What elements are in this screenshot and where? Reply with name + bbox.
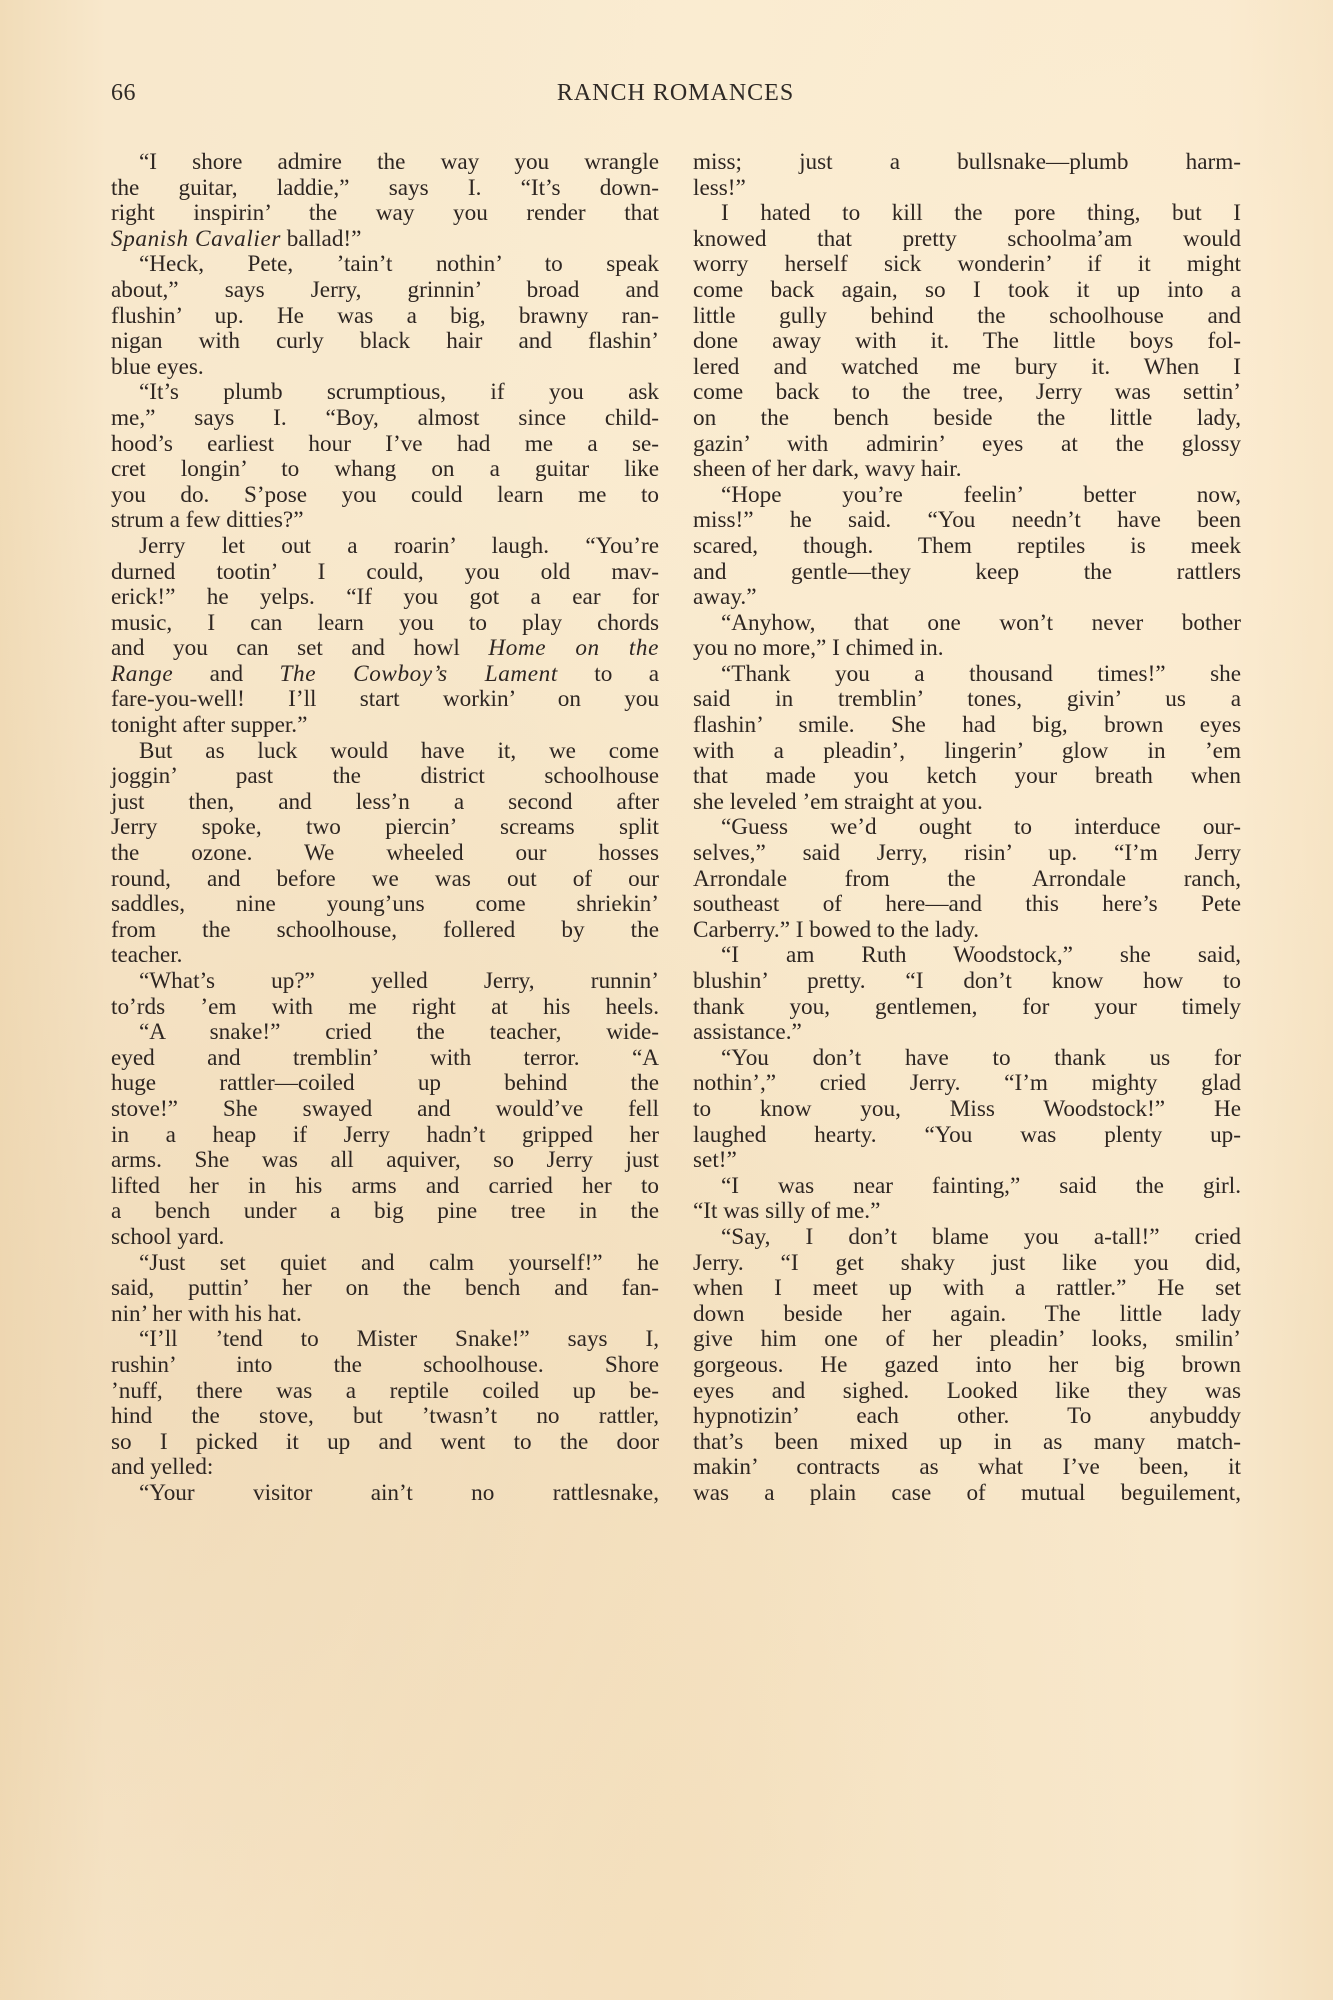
text-line: I hated to kill the pore thing, but I <box>693 201 1241 227</box>
text-line: thank you, gentlemen, for your timely <box>693 995 1241 1021</box>
text-line: But as luck would have it, we come <box>111 739 659 765</box>
text-line: “Say, I don’t blame you a-tall!” cried <box>693 1225 1241 1251</box>
text-line: on the bench beside the little lady, <box>693 406 1241 432</box>
text-line: miss; just a bullsnake—plumb harm- <box>693 150 1241 176</box>
text-line: blushin’ pretty. “I don’t know how to <box>693 969 1241 995</box>
text-line: to know you, Miss Woodstock!” He <box>693 1097 1241 1123</box>
text-line: “What’s up?” yelled Jerry, runnin’ <box>111 969 659 995</box>
text-line: “Anyhow, that one won’t never bother <box>693 611 1241 637</box>
text-line: was a plain case of mutual beguilement, <box>693 1481 1241 1507</box>
text-line: eyes and sighed. Looked like they was <box>693 1379 1241 1405</box>
text-line: “Just set quiet and calm yourself!” he <box>111 1251 659 1277</box>
text-line: when I meet up with a rattler.” He set <box>693 1276 1241 1302</box>
text-line: teacher. <box>111 943 659 969</box>
text-line: strum a few ditties?” <box>111 508 659 534</box>
text-line: music, I can learn you to play chords <box>111 611 659 637</box>
text-line: just then, and less’n a second after <box>111 790 659 816</box>
text-line: “I was near fainting,” said the girl. <box>693 1174 1241 1200</box>
text-column-right: miss; just a bullsnake—plumb harm-less!”… <box>693 150 1241 1506</box>
text-line: gorgeous. He gazed into her big brown <box>693 1353 1241 1379</box>
text-line: the guitar, laddie,” says I. “It’s down- <box>111 176 659 202</box>
text-line: southeast of here—and this here’s Pete <box>693 892 1241 918</box>
text-line: round, and before we was out of our <box>111 867 659 893</box>
text-line: down beside her again. The little lady <box>693 1302 1241 1328</box>
text-line: to’rds ’em with me right at his heels. <box>111 995 659 1021</box>
text-line: nigan with curly black hair and flashin’ <box>111 329 659 355</box>
text-line: nothin’,” cried Jerry. “I’m mighty glad <box>693 1071 1241 1097</box>
text-line: that’s been mixed up in as many match- <box>693 1430 1241 1456</box>
text-line: Jerry spoke, two piercin’ screams split <box>111 815 659 841</box>
page-header: 66 RANCH ROMANCES <box>111 80 1240 112</box>
text-line: “Guess we’d ought to interduce our- <box>693 815 1241 841</box>
text-line: laughed hearty. “You was plenty up- <box>693 1123 1241 1149</box>
text-line: so I picked it up and went to the door <box>111 1430 659 1456</box>
text-line: “It’s plumb scrumptious, if you ask <box>111 380 659 406</box>
text-line: joggin’ past the district schoolhouse <box>111 764 659 790</box>
text-line: away.” <box>693 585 1241 611</box>
text-line: done away with it. The little boys fol- <box>693 329 1241 355</box>
text-line: come back again, so I took it up into a <box>693 278 1241 304</box>
text-line: you do. S’pose you could learn me to <box>111 483 659 509</box>
text-line: me,” says I. “Boy, almost since child- <box>111 406 659 432</box>
text-line: hypnotizin’ each other. To anybuddy <box>693 1404 1241 1430</box>
text-line: tonight after supper.” <box>111 713 659 739</box>
text-line: “Hope you’re feelin’ better now, <box>693 483 1241 509</box>
text-line: flushin’ up. He was a big, brawny ran- <box>111 304 659 330</box>
text-line: rushin’ into the schoolhouse. Shore <box>111 1353 659 1379</box>
text-line: that made you ketch your breath when <box>693 764 1241 790</box>
text-line: hood’s earliest hour I’ve had me a se- <box>111 432 659 458</box>
text-line: said, puttin’ her on the bench and fan- <box>111 1276 659 1302</box>
text-line: said in tremblin’ tones, givin’ us a <box>693 687 1241 713</box>
text-line: fare-you-well! I’ll start workin’ on you <box>111 687 659 713</box>
text-line: with a pleadin’, lingerin’ glow in ’em <box>693 739 1241 765</box>
magazine-page: 66 RANCH ROMANCES “I shore admire the wa… <box>0 0 1333 2000</box>
text-line: saddles, nine young’uns come shriekin’ <box>111 892 659 918</box>
text-line: “I shore admire the way you wrangle <box>111 150 659 176</box>
text-line: right inspirin’ the way you render that <box>111 201 659 227</box>
text-line: Arrondale from the Arrondale ranch, <box>693 867 1241 893</box>
text-line: “You don’t have to thank us for <box>693 1046 1241 1072</box>
text-line: Carberry.” I bowed to the lady. <box>693 918 1241 944</box>
text-line: stove!” She swayed and would’ve fell <box>111 1097 659 1123</box>
text-line: “It was silly of me.” <box>693 1199 1241 1225</box>
text-line: assistance.” <box>693 1020 1241 1046</box>
text-line: makin’ contracts as what I’ve been, it <box>693 1455 1241 1481</box>
text-line: selves,” said Jerry, risin’ up. “I’m Jer… <box>693 841 1241 867</box>
text-line: you no more,” I chimed in. <box>693 636 1241 662</box>
text-line: durned tootin’ I could, you old mav- <box>111 560 659 586</box>
text-line: knowed that pretty schoolma’am would <box>693 227 1241 253</box>
text-line: and yelled: <box>111 1455 659 1481</box>
text-line: “I am Ruth Woodstock,” she said, <box>693 943 1241 969</box>
text-line: worry herself sick wonderin’ if it might <box>693 252 1241 278</box>
text-line: little gully behind the schoolhouse and <box>693 304 1241 330</box>
text-line: “Heck, Pete, ’tain’t nothin’ to speak <box>111 252 659 278</box>
text-line: and gentle—they keep the rattlers <box>693 560 1241 586</box>
text-line: Range and The Cowboy’s Lament to a <box>111 662 659 688</box>
text-line: in a heap if Jerry hadn’t gripped her <box>111 1123 659 1149</box>
text-line: a bench under a big pine tree in the <box>111 1199 659 1225</box>
text-line: hind the stove, but ’twasn’t no rattler, <box>111 1404 659 1430</box>
text-line: Jerry let out a roarin’ laugh. “You’re <box>111 534 659 560</box>
text-line: from the schoolhouse, follered by the <box>111 918 659 944</box>
text-line: “I’ll ’tend to Mister Snake!” says I, <box>111 1327 659 1353</box>
running-title: RANCH ROMANCES <box>111 80 1240 107</box>
text-column-left: “I shore admire the way you wranglethe g… <box>111 150 659 1506</box>
text-line: Spanish Cavalier ballad!” <box>111 227 659 253</box>
text-line: she leveled ’em straight at you. <box>693 790 1241 816</box>
text-line: set!” <box>693 1148 1241 1174</box>
text-line: and you can set and howl Home on the <box>111 636 659 662</box>
text-line: nin’ her with his hat. <box>111 1302 659 1328</box>
text-line: the ozone. We wheeled our hosses <box>111 841 659 867</box>
text-line: “A snake!” cried the teacher, wide- <box>111 1020 659 1046</box>
text-line: miss!” he said. “You needn’t have been <box>693 508 1241 534</box>
text-line: flashin’ smile. She had big, brown eyes <box>693 713 1241 739</box>
text-line: “Your visitor ain’t no rattlesnake, <box>111 1481 659 1507</box>
text-line: blue eyes. <box>111 355 659 381</box>
text-line: Jerry. “I get shaky just like you did, <box>693 1251 1241 1277</box>
text-line: come back to the tree, Jerry was settin’ <box>693 380 1241 406</box>
text-line: ’nuff, there was a reptile coiled up be- <box>111 1379 659 1405</box>
text-line: sheen of her dark, wavy hair. <box>693 457 1241 483</box>
text-line: eyed and tremblin’ with terror. “A <box>111 1046 659 1072</box>
text-line: give him one of her pleadin’ looks, smil… <box>693 1327 1241 1353</box>
text-line: school yard. <box>111 1225 659 1251</box>
text-line: about,” says Jerry, grinnin’ broad and <box>111 278 659 304</box>
text-line: less!” <box>693 176 1241 202</box>
text-line: lered and watched me bury it. When I <box>693 355 1241 381</box>
text-line: gazin’ with admirin’ eyes at the glossy <box>693 432 1241 458</box>
text-line: scared, though. Them reptiles is meek <box>693 534 1241 560</box>
text-line: huge rattler—coiled up behind the <box>111 1071 659 1097</box>
text-line: lifted her in his arms and carried her t… <box>111 1174 659 1200</box>
text-line: erick!” he yelps. “If you got a ear for <box>111 585 659 611</box>
text-line: arms. She was all aquiver, so Jerry just <box>111 1148 659 1174</box>
text-line: cret longin’ to whang on a guitar like <box>111 457 659 483</box>
text-line: “Thank you a thousand times!” she <box>693 662 1241 688</box>
